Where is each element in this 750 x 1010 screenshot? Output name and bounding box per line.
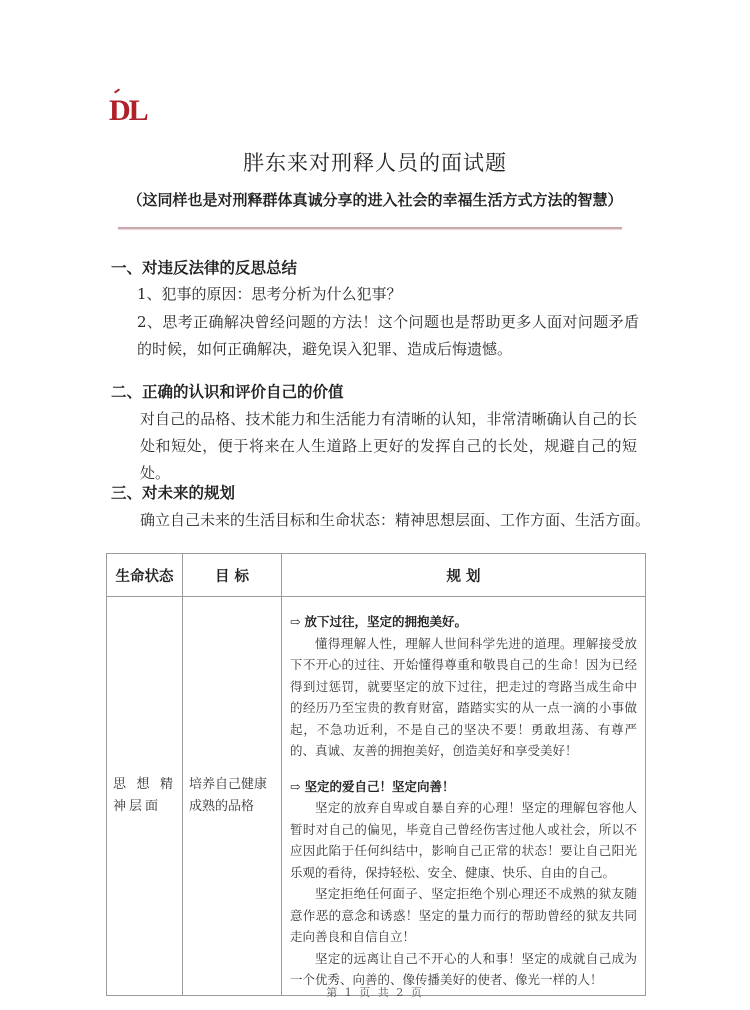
company-logo: DL [109,96,147,126]
page-indicator: 第 1 页 共 2 页 [0,984,750,1000]
plan-paragraph: 懂得理解人性，理解人世间科学先进的道理。理解接受放下不开心的过往、开始懂得尊重和… [290,633,637,762]
plan-paragraph: 坚定的放弃自卑或自暴自弃的心理！坚定的理解包容他人暂时对自己的偏见，毕竟自己曾经… [290,797,637,883]
section-heading-3: 三、对未来的规划 [111,481,235,503]
section-1-item-2: 2、思考正确解决曾经问题的方法！这个问题也是帮助更多人面对问题矛盾的时候，如何正… [137,309,639,363]
document-subtitle: （这同样也是对刑释群体真诚分享的进入社会的幸福生活方式方法的智慧） [0,189,750,210]
life-plan-table: 生命状态 目 标 规 划 思想精神层面 培养自己健康成熟的品格 ⇨放下过往，坚定… [106,553,646,996]
header-plan: 规 划 [282,554,646,597]
section-heading-1: 一、对违反法律的反思总结 [111,256,297,278]
header-life-state: 生命状态 [107,554,183,597]
arrow-right-icon: ⇨ [290,779,300,794]
cell-life-state: 思想精神层面 [107,597,183,996]
document-title: 胖东来对刑释人员的面试题 [0,147,750,177]
section-1-item-1: 1、犯事的原因：思考分析为什么犯事？ [137,281,637,308]
plan-heading-2: ⇨坚定的爱自己！坚定向善！ [290,776,637,798]
header-goal: 目 标 [183,554,282,597]
section-heading-2: 二、正确的认识和评价自己的价值 [111,380,344,402]
plan-heading-1-text: 放下过往，坚定的拥抱美好。 [304,614,467,629]
cell-goal: 培养自己健康成熟的品格 [183,597,282,996]
plan-paragraph: 坚定拒绝任何面子、坚定拒绝个别心理还不成熟的狱友随意作恶的意念和诱惑！坚定的量力… [290,883,637,948]
logo-text: DL [109,96,147,126]
plan-heading-1: ⇨放下过往，坚定的拥抱美好。 [290,611,637,633]
table-header-row: 生命状态 目 标 规 划 [107,554,646,597]
title-divider [118,227,622,229]
section-3-item-1: 确立自己未来的生活目标和生命状态：精神思想层面、工作方面、生活方面。 [140,507,650,534]
table-row: 思想精神层面 培养自己健康成熟的品格 ⇨放下过往，坚定的拥抱美好。 懂得理解人性… [107,597,646,996]
section-2-item-1: 对自己的品格、技术能力和生活能力有清晰的认知，非常清晰确认自己的长处和短处，便于… [140,406,637,487]
arrow-right-icon: ⇨ [290,614,300,629]
plan-heading-2-text: 坚定的爱自己！坚定向善！ [304,779,454,794]
cell-plan: ⇨放下过往，坚定的拥抱美好。 懂得理解人性，理解人世间科学先进的道理。理解接受放… [282,597,646,996]
